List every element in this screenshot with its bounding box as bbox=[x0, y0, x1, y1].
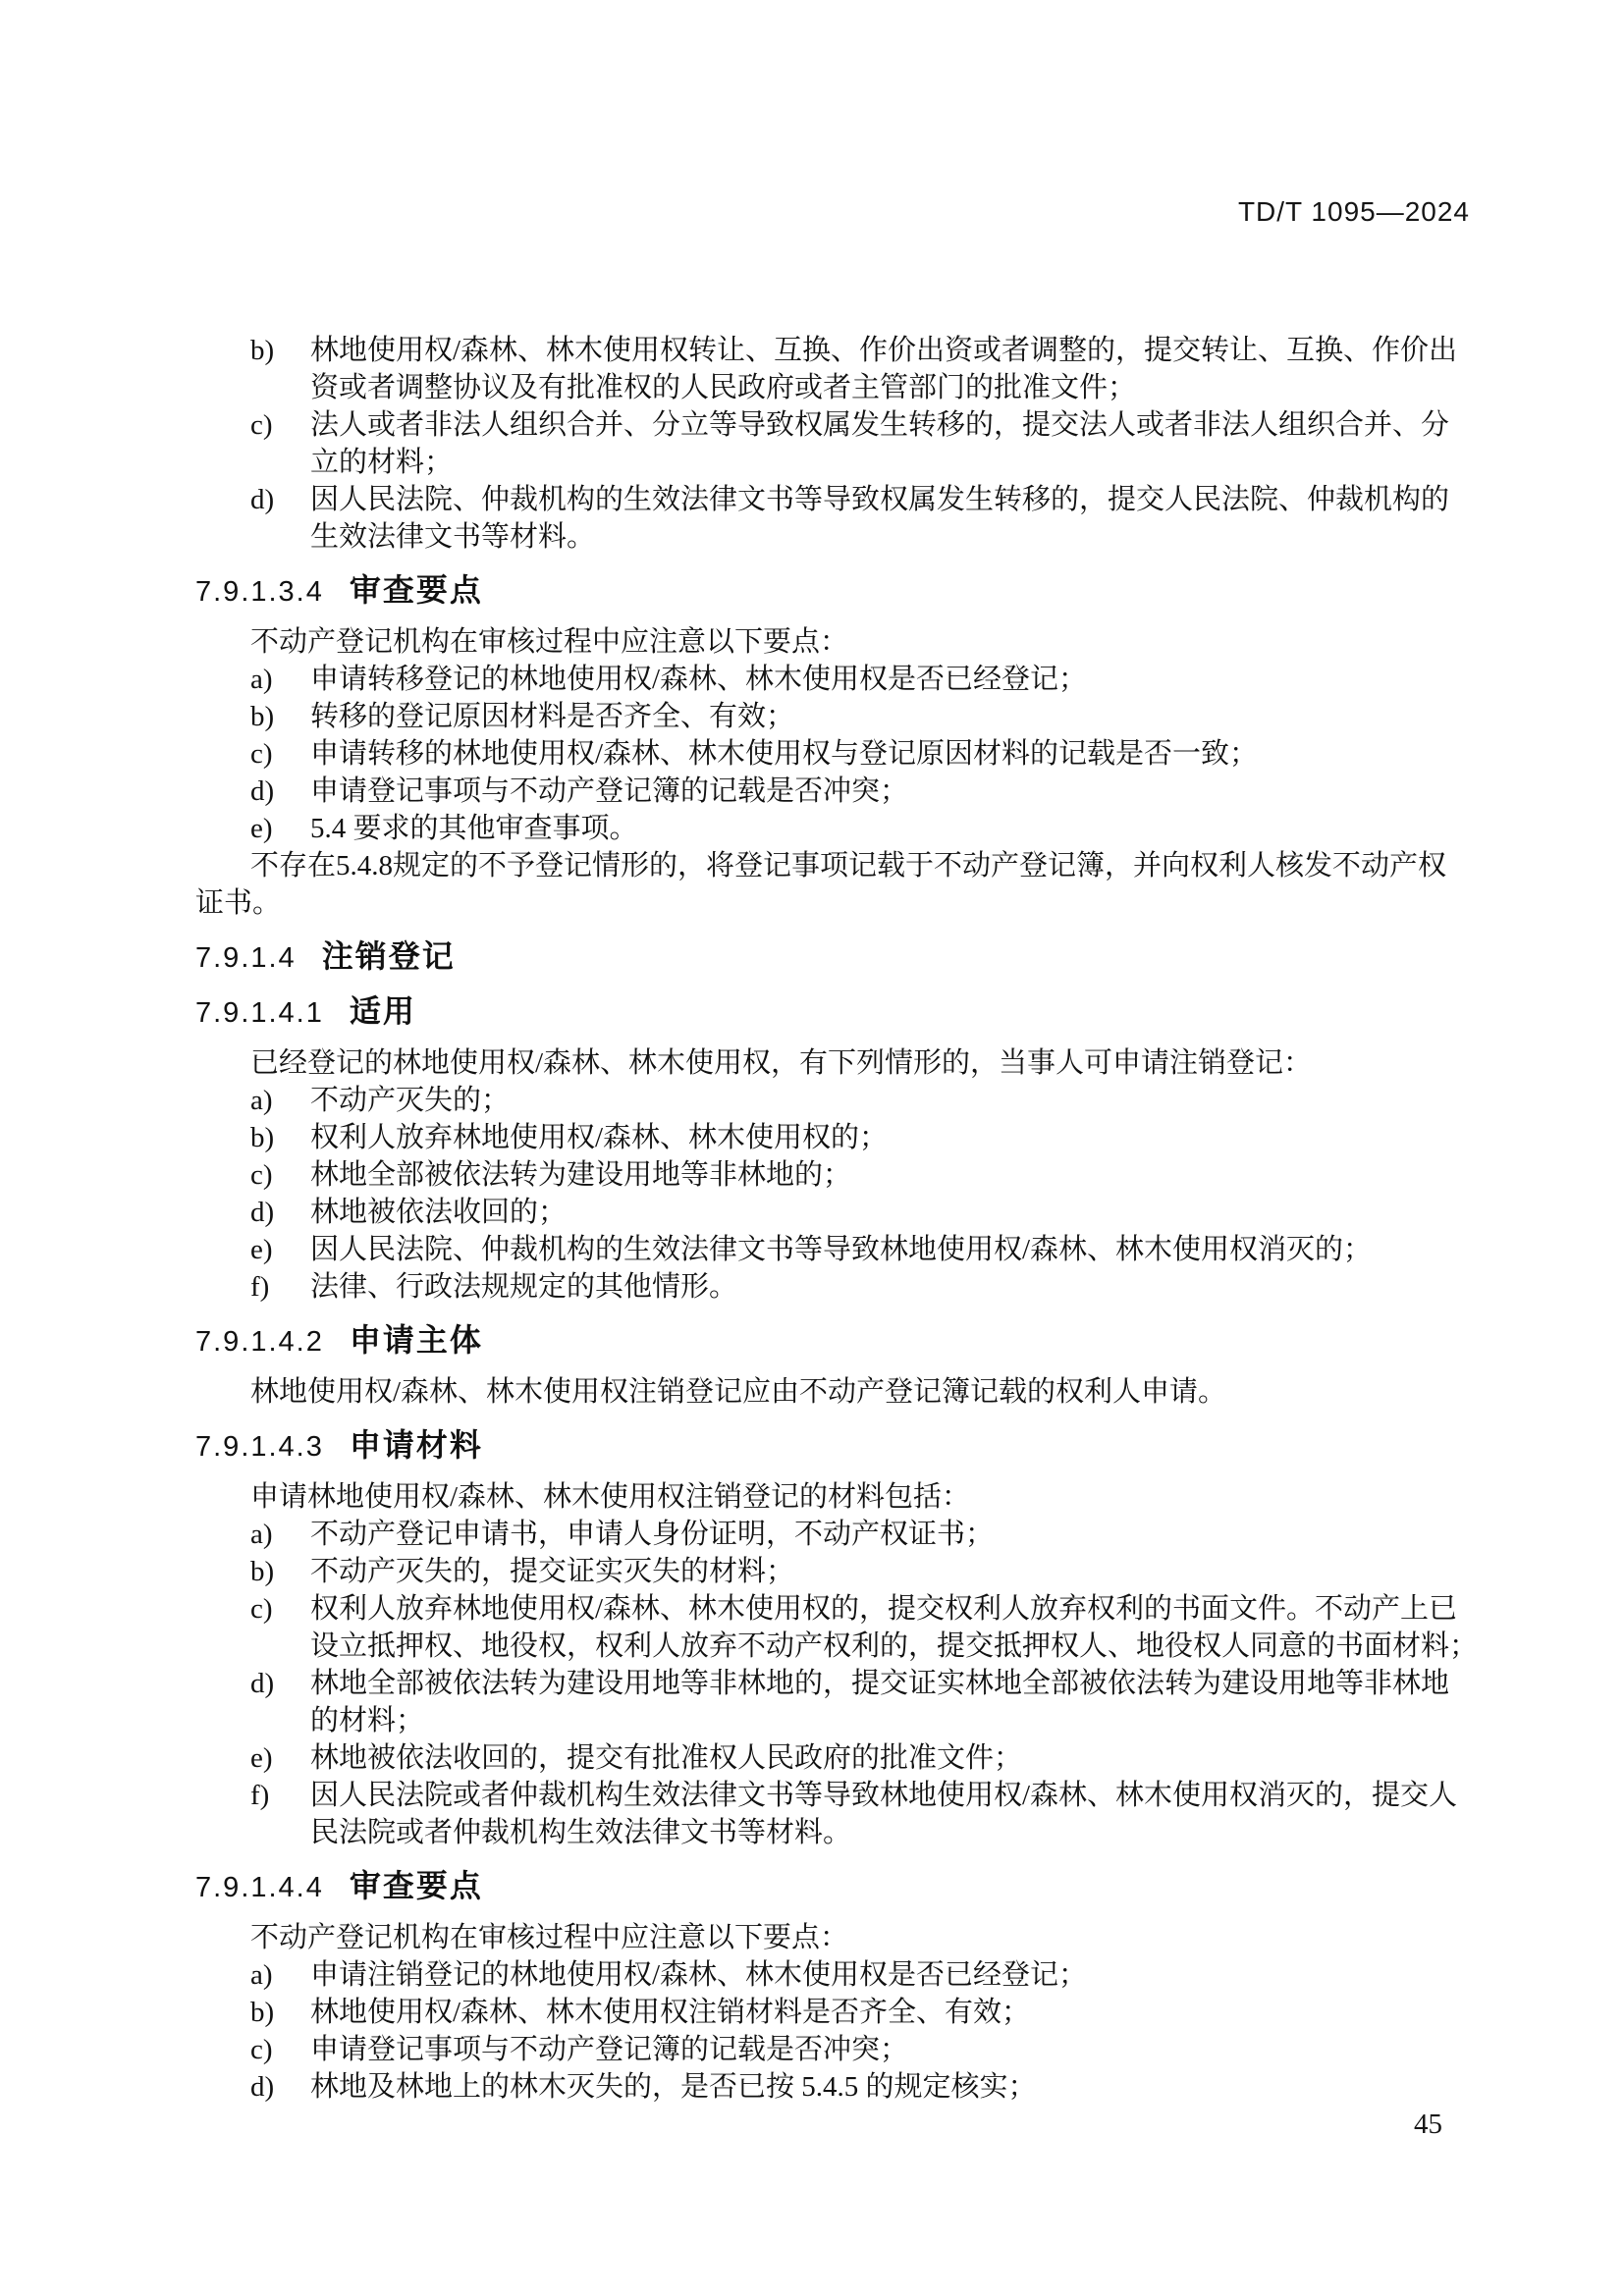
list-item-text: 林地全部被依法转为建设用地等非林地的； bbox=[310, 1156, 1550, 1194]
section-title: 注销登记 bbox=[322, 938, 456, 974]
list-item-text: 转移的登记原因材料是否齐全、有效； bbox=[310, 698, 1550, 735]
list-item: a)申请转移登记的林地使用权/森林、林木使用权是否已经登记； bbox=[195, 661, 1550, 698]
section-number: 7.9.1.4.1 bbox=[195, 997, 324, 1029]
list-item-text: 因人民法院、仲裁机构的生效法律文书等导致林地使用权/森林、林木使用权消灭的； bbox=[310, 1231, 1550, 1268]
section-number: 7.9.1.3.4 bbox=[195, 576, 324, 608]
list-item-label: c) bbox=[250, 2031, 273, 2068]
list-item: b)林地使用权/森林、林木使用权转让、互换、作价出资或者调整的，提交转让、互换、… bbox=[195, 332, 1550, 406]
list-item-label: d) bbox=[250, 1194, 274, 1231]
paragraph-line: 申请林地使用权/森林、林木使用权注销登记的材料包括： bbox=[195, 1478, 1550, 1516]
list-item-text: 申请转移的林地使用权/森林、林木使用权与登记原因材料的记载是否一致； bbox=[310, 735, 1550, 773]
list-item-text: 林地使用权/森林、林木使用权注销材料是否齐全、有效； bbox=[310, 1994, 1550, 2031]
list-item-text: 因人民法院、仲裁机构的生效法律文书等导致权属发生转移的，提交人民法院、仲裁机构的 bbox=[310, 481, 1550, 518]
list-item: b)不动产灭失的，提交证实灭失的材料； bbox=[195, 1553, 1550, 1590]
section-heading: 7.9.1.4.3申请材料 bbox=[195, 1426, 1550, 1466]
list-item: f)因人民法院或者仲裁机构生效法律文书等导致林地使用权/森林、林木使用权消灭的，… bbox=[195, 1777, 1550, 1851]
list-item: d)林地全部被依法转为建设用地等非林地的，提交证实林地全部被依法转为建设用地等非… bbox=[195, 1665, 1550, 1739]
paragraph: 不动产登记机构在审核过程中应注意以下要点： bbox=[195, 1919, 1550, 1956]
list-item: a)不动产登记申请书，申请人身份证明，不动产权证书； bbox=[195, 1516, 1550, 1553]
paragraph: 不动产登记机构在审核过程中应注意以下要点： bbox=[195, 623, 1550, 661]
list-item-label: a) bbox=[250, 1956, 273, 1994]
paragraph-line: 不存在5.4.8规定的不予登记情形的，将登记事项记载于不动产登记簿，并向权利人核… bbox=[195, 847, 1550, 884]
ordered-list: a)不动产登记申请书，申请人身份证明，不动产权证书；b)不动产灭失的，提交证实灭… bbox=[195, 1516, 1550, 1851]
list-item-label: a) bbox=[250, 661, 273, 698]
list-item-text: 申请登记事项与不动产登记簿的记载是否冲突； bbox=[310, 773, 1550, 810]
document-body: b)林地使用权/森林、林木使用权转让、互换、作价出资或者调整的，提交转让、互换、… bbox=[195, 332, 1550, 2106]
section-heading: 7.9.1.3.4审查要点 bbox=[195, 571, 1550, 611]
paragraph-line: 不动产登记机构在审核过程中应注意以下要点： bbox=[195, 623, 1550, 661]
list-item-text: 申请注销登记的林地使用权/森林、林木使用权是否已经登记； bbox=[310, 1956, 1550, 1994]
ordered-list: a)不动产灭失的；b)权利人放弃林地使用权/森林、林木使用权的；c)林地全部被依… bbox=[195, 1082, 1550, 1306]
list-item: e)因人民法院、仲裁机构的生效法律文书等导致林地使用权/森林、林木使用权消灭的； bbox=[195, 1231, 1550, 1268]
paragraph-line: 林地使用权/森林、林木使用权注销登记应由不动产登记簿记载的权利人申请。 bbox=[195, 1373, 1550, 1411]
paragraph-line: 不动产登记机构在审核过程中应注意以下要点： bbox=[195, 1919, 1550, 1956]
section-number: 7.9.1.4.2 bbox=[195, 1326, 324, 1358]
list-item-text: 的材料； bbox=[310, 1702, 1550, 1739]
list-item: c)申请登记事项与不动产登记簿的记载是否冲突； bbox=[195, 2031, 1550, 2068]
list-item: b)权利人放弃林地使用权/森林、林木使用权的； bbox=[195, 1119, 1550, 1156]
list-item: e)5.4 要求的其他审查事项。 bbox=[195, 810, 1550, 847]
list-item-text: 林地被依法收回的，提交有批准权人民政府的批准文件； bbox=[310, 1739, 1550, 1777]
list-item-text: 生效法律文书等材料。 bbox=[310, 518, 1550, 556]
list-item-text: 申请登记事项与不动产登记簿的记载是否冲突； bbox=[310, 2031, 1550, 2068]
section-title: 适用 bbox=[350, 993, 416, 1029]
list-item-text: 资或者调整协议及有批准权的人民政府或者主管部门的批准文件； bbox=[310, 369, 1550, 406]
list-item-label: c) bbox=[250, 735, 273, 773]
list-item-label: d) bbox=[250, 1665, 274, 1702]
section-title: 审查要点 bbox=[350, 572, 483, 608]
section-heading: 7.9.1.4注销登记 bbox=[195, 937, 1550, 977]
list-item-text: 5.4 要求的其他审查事项。 bbox=[310, 810, 1550, 847]
list-item: a)申请注销登记的林地使用权/森林、林木使用权是否已经登记； bbox=[195, 1956, 1550, 1994]
list-item-label: c) bbox=[250, 1156, 273, 1194]
page-number: 45 bbox=[1414, 2109, 1442, 2141]
list-item-label: d) bbox=[250, 481, 274, 518]
list-item: d)因人民法院、仲裁机构的生效法律文书等导致权属发生转移的，提交人民法院、仲裁机… bbox=[195, 481, 1550, 556]
list-item-label: c) bbox=[250, 406, 273, 444]
section-title: 申请材料 bbox=[350, 1427, 483, 1463]
list-item-text: 林地使用权/森林、林木使用权转让、互换、作价出资或者调整的，提交转让、互换、作价… bbox=[310, 332, 1550, 369]
list-item-label: f) bbox=[250, 1268, 269, 1306]
list-item: b)转移的登记原因材料是否齐全、有效； bbox=[195, 698, 1550, 735]
list-item-label: c) bbox=[250, 1590, 273, 1628]
paragraph: 已经登记的林地使用权/森林、林木使用权，有下列情形的，当事人可申请注销登记： bbox=[195, 1044, 1550, 1082]
list-item-label: b) bbox=[250, 332, 274, 369]
section-heading: 7.9.1.4.1适用 bbox=[195, 992, 1550, 1032]
list-item: c)法人或者非法人组织合并、分立等导致权属发生转移的，提交法人或者非法人组织合并… bbox=[195, 406, 1550, 481]
list-item-text: 不动产灭失的； bbox=[310, 1082, 1550, 1119]
doc-number-header: TD/T 1095—2024 bbox=[1238, 196, 1470, 228]
list-item-label: b) bbox=[250, 698, 274, 735]
list-item-label: a) bbox=[250, 1082, 273, 1119]
section-heading: 7.9.1.4.2申请主体 bbox=[195, 1321, 1550, 1361]
list-item-label: e) bbox=[250, 810, 273, 847]
ordered-list: b)林地使用权/森林、林木使用权转让、互换、作价出资或者调整的，提交转让、互换、… bbox=[195, 332, 1550, 556]
section-number: 7.9.1.4.4 bbox=[195, 1872, 324, 1903]
list-item-text: 林地被依法收回的； bbox=[310, 1194, 1550, 1231]
list-item: e)林地被依法收回的，提交有批准权人民政府的批准文件； bbox=[195, 1739, 1550, 1777]
list-item-text: 权利人放弃林地使用权/森林、林木使用权的； bbox=[310, 1119, 1550, 1156]
paragraph: 申请林地使用权/森林、林木使用权注销登记的材料包括： bbox=[195, 1478, 1550, 1516]
section-title: 审查要点 bbox=[350, 1868, 483, 1903]
section-heading: 7.9.1.4.4审查要点 bbox=[195, 1867, 1550, 1906]
document-page: { "header": { "doc_number": "TD/T 1095—2… bbox=[0, 0, 1624, 2296]
list-item-text: 申请转移登记的林地使用权/森林、林木使用权是否已经登记； bbox=[310, 661, 1550, 698]
list-item: c)权利人放弃林地使用权/森林、林木使用权的，提交权利人放弃权利的书面文件。不动… bbox=[195, 1590, 1550, 1665]
list-item: d)申请登记事项与不动产登记簿的记载是否冲突； bbox=[195, 773, 1550, 810]
paragraph: 林地使用权/森林、林木使用权注销登记应由不动产登记簿记载的权利人申请。 bbox=[195, 1373, 1550, 1411]
section-number: 7.9.1.4.3 bbox=[195, 1431, 324, 1463]
list-item: b)林地使用权/森林、林木使用权注销材料是否齐全、有效； bbox=[195, 1994, 1550, 2031]
list-item-label: b) bbox=[250, 1119, 274, 1156]
list-item: a)不动产灭失的； bbox=[195, 1082, 1550, 1119]
section-title: 申请主体 bbox=[350, 1322, 483, 1358]
list-item: c)申请转移的林地使用权/森林、林木使用权与登记原因材料的记载是否一致； bbox=[195, 735, 1550, 773]
list-item: c)林地全部被依法转为建设用地等非林地的； bbox=[195, 1156, 1550, 1194]
list-item-text: 权利人放弃林地使用权/森林、林木使用权的，提交权利人放弃权利的书面文件。不动产上… bbox=[310, 1590, 1550, 1628]
list-item-text: 民法院或者仲裁机构生效法律文书等材料。 bbox=[310, 1814, 1550, 1851]
section-number: 7.9.1.4 bbox=[195, 942, 297, 974]
ordered-list: a)申请转移登记的林地使用权/森林、林木使用权是否已经登记；b)转移的登记原因材… bbox=[195, 661, 1550, 847]
list-item: f)法律、行政法规规定的其他情形。 bbox=[195, 1268, 1550, 1306]
list-item-label: f) bbox=[250, 1777, 269, 1814]
list-item-text: 不动产登记申请书，申请人身份证明，不动产权证书； bbox=[310, 1516, 1550, 1553]
list-item-text: 法律、行政法规规定的其他情形。 bbox=[310, 1268, 1550, 1306]
paragraph-line: 证书。 bbox=[195, 884, 1550, 922]
list-item-text: 不动产灭失的，提交证实灭失的材料； bbox=[310, 1553, 1550, 1590]
list-item-text: 立的材料； bbox=[310, 444, 1550, 481]
list-item-label: e) bbox=[250, 1231, 273, 1268]
list-item-text: 林地全部被依法转为建设用地等非林地的，提交证实林地全部被依法转为建设用地等非林地 bbox=[310, 1665, 1550, 1702]
list-item-label: d) bbox=[250, 773, 274, 810]
list-item: d)林地被依法收回的； bbox=[195, 1194, 1550, 1231]
list-item-label: b) bbox=[250, 1994, 274, 2031]
ordered-list: a)申请注销登记的林地使用权/森林、林木使用权是否已经登记；b)林地使用权/森林… bbox=[195, 1956, 1550, 2106]
list-item-label: e) bbox=[250, 1739, 273, 1777]
list-item-text: 设立抵押权、地役权，权利人放弃不动产权利的，提交抵押权人、地役权人同意的书面材料… bbox=[310, 1628, 1550, 1665]
list-item-text: 因人民法院或者仲裁机构生效法律文书等导致林地使用权/森林、林木使用权消灭的，提交… bbox=[310, 1777, 1550, 1814]
list-item-label: a) bbox=[250, 1516, 273, 1553]
paragraph: 不存在5.4.8规定的不予登记情形的，将登记事项记载于不动产登记簿，并向权利人核… bbox=[195, 847, 1550, 922]
list-item: d)林地及林地上的林木灭失的，是否已按 5.4.5 的规定核实； bbox=[195, 2068, 1550, 2106]
list-item-text: 林地及林地上的林木灭失的，是否已按 5.4.5 的规定核实； bbox=[310, 2068, 1550, 2106]
paragraph-line: 已经登记的林地使用权/森林、林木使用权，有下列情形的，当事人可申请注销登记： bbox=[195, 1044, 1550, 1082]
list-item-label: b) bbox=[250, 1553, 274, 1590]
list-item-text: 法人或者非法人组织合并、分立等导致权属发生转移的，提交法人或者非法人组织合并、分 bbox=[310, 406, 1550, 444]
list-item-label: d) bbox=[250, 2068, 274, 2106]
